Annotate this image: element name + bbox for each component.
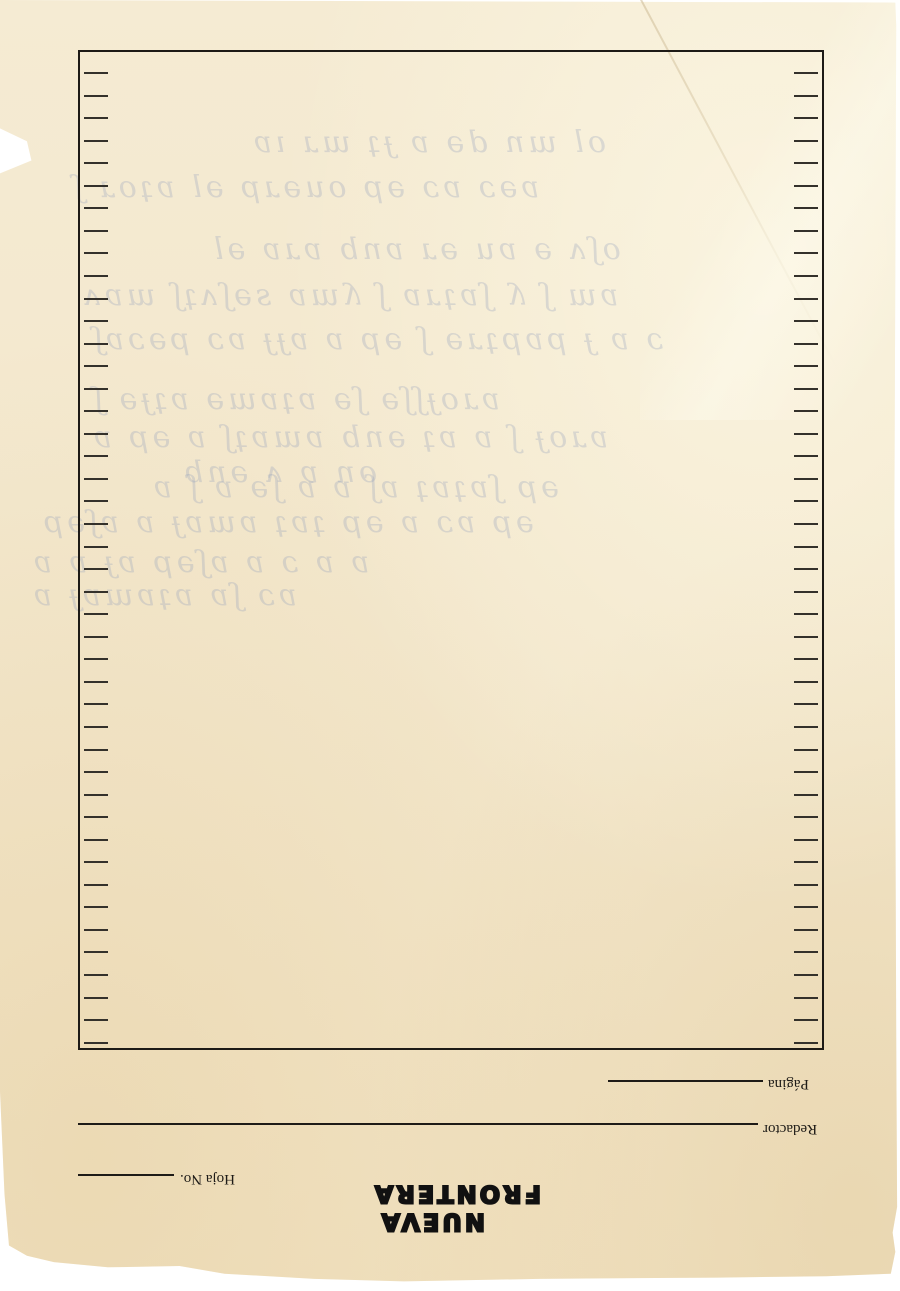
- frame-tick-left: [84, 298, 108, 300]
- frame-tick-left: [84, 388, 108, 390]
- frame-tick-right: [794, 140, 818, 142]
- frame-tick-right: [794, 681, 818, 683]
- frame-tick-right: [794, 658, 818, 660]
- frame-tick-left: [84, 500, 108, 502]
- pagina-field[interactable]: [608, 1080, 763, 1082]
- frame-tick-right: [794, 726, 818, 728]
- frame-tick-left: [84, 929, 108, 931]
- frame-tick-right: [794, 613, 818, 615]
- frame-tick-left: [84, 568, 108, 570]
- frame-tick-left: [84, 207, 108, 209]
- frame-tick-left: [84, 658, 108, 660]
- frame-tick-right: [794, 568, 818, 570]
- logo-line-nueva: NUEVA: [289, 1208, 485, 1236]
- frame-tick-right: [794, 906, 818, 908]
- frame-tick-right: [794, 861, 818, 863]
- frame-tick-left: [84, 117, 108, 119]
- frame-tick-right: [794, 500, 818, 502]
- frame-tick-left: [84, 997, 108, 999]
- frame-tick-right: [794, 636, 818, 638]
- frame-tick-left: [84, 974, 108, 976]
- frame-tick-right: [794, 771, 818, 773]
- frame-tick-right: [794, 997, 818, 999]
- frame-tick-left: [84, 703, 108, 705]
- frame-tick-left: [84, 861, 108, 863]
- frame-tick-right: [794, 252, 818, 254]
- frame-tick-left: [84, 252, 108, 254]
- frame-tick-left: [84, 320, 108, 322]
- frame-tick-left: [84, 749, 108, 751]
- frame-tick-right: [794, 591, 818, 593]
- redactor-field[interactable]: [78, 1123, 758, 1125]
- frame-tick-left: [84, 185, 108, 187]
- frame-tick-right: [794, 884, 818, 886]
- frame-tick-left: [84, 72, 108, 74]
- frame-tick-right: [794, 230, 818, 232]
- frame-tick-left: [84, 1019, 108, 1021]
- frame-tick-right: [794, 703, 818, 705]
- frame-tick-right: [794, 95, 818, 97]
- frame-tick-right: [794, 478, 818, 480]
- frame-tick-left: [84, 140, 108, 142]
- frame-tick-left: [84, 906, 108, 908]
- frame-tick-right: [794, 162, 818, 164]
- frame-tick-left: [84, 230, 108, 232]
- frame-tick-right: [794, 523, 818, 525]
- frame-tick-right: [794, 410, 818, 412]
- frame-tick-left: [84, 1042, 108, 1044]
- frame-tick-right: [794, 1019, 818, 1021]
- frame-tick-right: [794, 749, 818, 751]
- frame-tick-right: [794, 433, 818, 435]
- frame-tick-left: [84, 839, 108, 841]
- frame-tick-right: [794, 929, 818, 931]
- pagina-label: Página: [768, 1075, 809, 1092]
- logo-line-frontera: FRONTERA: [345, 1180, 541, 1208]
- frame-tick-right: [794, 388, 818, 390]
- frame-tick-left: [84, 726, 108, 728]
- frame-tick-left: [84, 478, 108, 480]
- frame-tick-right: [794, 298, 818, 300]
- frame-tick-left: [84, 162, 108, 164]
- frame-tick-left: [84, 275, 108, 277]
- frame-tick-right: [794, 117, 818, 119]
- frame-tick-right: [794, 816, 818, 818]
- footer-upside-down: Página Redactor Hoja No. NUEVA FRONTERA: [0, 1050, 900, 1291]
- frame-tick-left: [84, 794, 108, 796]
- frame-tick-left: [84, 884, 108, 886]
- frame-tick-right: [794, 320, 818, 322]
- frame-tick-left: [84, 455, 108, 457]
- hoja-label: Hoja No.: [180, 1170, 235, 1187]
- frame-tick-right: [794, 343, 818, 345]
- frame-tick-right: [794, 72, 818, 74]
- nueva-frontera-logo: NUEVA FRONTERA: [345, 1174, 541, 1236]
- frame-tick-left: [84, 636, 108, 638]
- frame-tick-right: [794, 546, 818, 548]
- frame-tick-left: [84, 523, 108, 525]
- frame-tick-left: [84, 771, 108, 773]
- frame-tick-left: [84, 546, 108, 548]
- frame-tick-left: [84, 591, 108, 593]
- frame-tick-left: [84, 951, 108, 953]
- frame-tick-right: [794, 365, 818, 367]
- redactor-label: Redactor: [763, 1120, 817, 1137]
- frame-tick-right: [794, 207, 818, 209]
- frame-tick-right: [794, 185, 818, 187]
- frame-tick-right: [794, 275, 818, 277]
- frame-tick-left: [84, 365, 108, 367]
- frame-tick-left: [84, 613, 108, 615]
- hoja-field[interactable]: [78, 1174, 174, 1176]
- frame-tick-right: [794, 951, 818, 953]
- frame-tick-right: [794, 794, 818, 796]
- copy-frame-border: [78, 50, 824, 1050]
- frame-tick-right: [794, 974, 818, 976]
- frame-tick-left: [84, 433, 108, 435]
- frame-tick-left: [84, 410, 108, 412]
- frame-tick-left: [84, 681, 108, 683]
- frame-tick-left: [84, 95, 108, 97]
- frame-tick-right: [794, 1042, 818, 1044]
- frame-tick-left: [84, 343, 108, 345]
- frame-tick-right: [794, 455, 818, 457]
- frame-tick-right: [794, 839, 818, 841]
- frame-tick-left: [84, 816, 108, 818]
